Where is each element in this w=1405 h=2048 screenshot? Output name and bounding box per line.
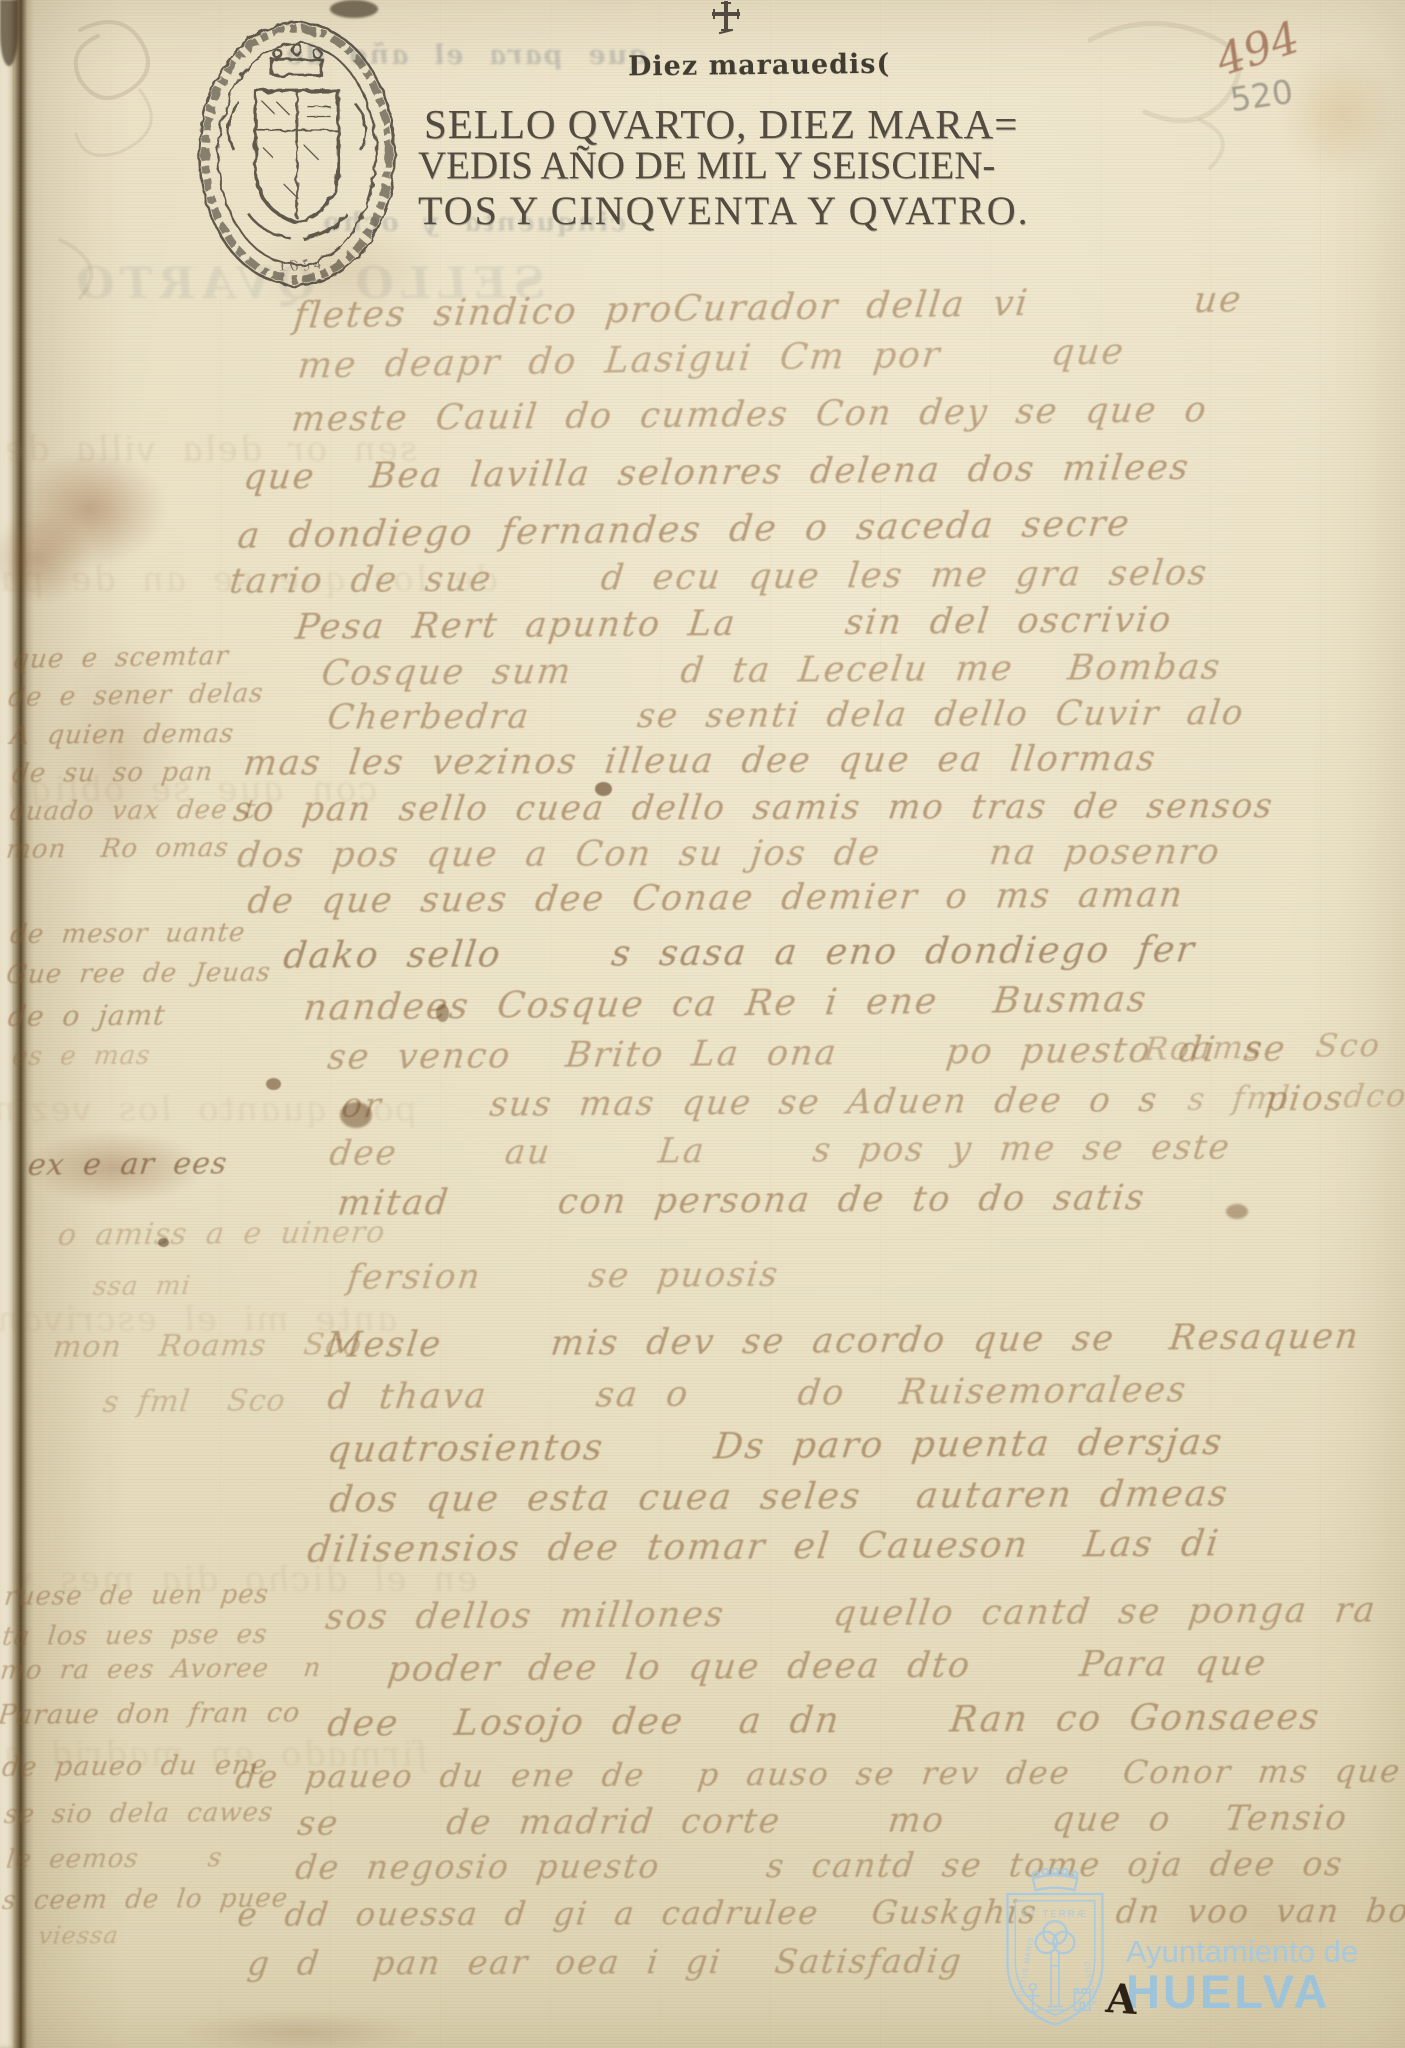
margin-note: ta los ues pse es <box>1 1620 270 1652</box>
stamp-heading-line-3: TOS Y CINQVENTA Y QVATRO. <box>418 187 1030 234</box>
margin-note: s ceem de lo puee <box>1 1884 290 1916</box>
margin-note: de su so pan <box>11 757 215 789</box>
manuscript-line: me deapr do Lasigui Cm por que <box>296 332 1127 387</box>
margin-note: mo ra ees Avoree n <box>0 1653 323 1686</box>
stamp-heading-line-2: VEDIS AÑO DE MIL Y SEISCIEN- <box>418 143 995 188</box>
manuscript-line: dos pos que a Con su jos de na posenro <box>235 833 1223 876</box>
manuscript-line: e dd ouessa d gi a cadrulee Guskghis dn … <box>235 1892 1405 1934</box>
svg-text:ET TERRÆ: ET TERRÆ <box>1022 1909 1088 1920</box>
manuscript-line: quatrosientos Ds paro puenta dersjas <box>325 1422 1225 1471</box>
manuscript-line: so pan sello cuea dello samis mo tras de… <box>231 786 1276 830</box>
manuscript-line: Pesa Rert apunto La sin del oscrivio <box>293 600 1174 648</box>
margin-note: ruese de uen pes <box>3 1580 271 1612</box>
margin-note: quado vax dee t <box>7 795 258 827</box>
manuscript-line: g d pan ear oea i gi Satisfadig <box>245 1942 965 1983</box>
tax-banner: Diez marauedis( <box>628 49 891 83</box>
manuscript-line: poder dee lo que deea dto Para que <box>385 1644 1269 1690</box>
manuscript-line: mas les vezinos illeua dee que ea llorma… <box>241 739 1159 784</box>
manuscript-line: Cosque sum d ta Lecelu me Bombas <box>319 648 1223 694</box>
cross-icon <box>710 0 742 36</box>
margin-note: mon Ro omas <box>5 833 231 865</box>
manuscript-line: que Bea lavilla selonres delena dos mile… <box>242 448 1192 498</box>
stamp-heading-line-1: SELLO QVARTO, DIEZ MARA= <box>424 100 1018 148</box>
manuscript-line: dee au La s pos y me se este <box>327 1128 1233 1174</box>
margin-note: le eemos s <box>5 1843 224 1875</box>
margin-note: que e scemtar <box>11 641 231 675</box>
huelva-shield-watermark: ET TERRÆ PORTUS MARIS CUSTODIA <box>992 1868 1118 2044</box>
margin-note: de paueo du ene <box>0 1750 269 1783</box>
manuscript-line: nandees Cosque ca Re i ene Busmas <box>301 979 1149 1029</box>
paper-stain <box>180 2012 420 2048</box>
manuscript-line: de paueo du ene de p auso se rev dee Con… <box>234 1751 1405 1796</box>
manuscript-line: dako sello s sasa a eno dondiego fer <box>281 930 1198 977</box>
svg-text:CUSTODIA: CUSTODIA <box>1082 1961 1099 2007</box>
margin-note: de o jamt <box>6 999 167 1033</box>
manuscript-line: sos dellos millones quello cantd se pong… <box>323 1591 1379 1638</box>
manuscript-line: mitad con persona de to do satis <box>335 1178 1147 1224</box>
manuscript-line: dee Losojo dee a dn Ran co Gonsaees <box>325 1697 1323 1745</box>
margin-note: viessa <box>37 1921 121 1950</box>
official-seal-stamp: 1654 <box>188 8 406 294</box>
manuscript-line: dos que esta cuea seles autaren dmeas <box>327 1474 1231 1521</box>
svg-text:1654: 1654 <box>279 255 326 276</box>
paper-stain <box>1280 48 1400 178</box>
stray-ink-mark: A <box>1104 1975 1138 2024</box>
manuscript-line: fersion se puosis <box>345 1255 781 1298</box>
margin-note: de mesor uante <box>9 918 248 950</box>
margin-note: se sio dela cawes <box>3 1798 275 1830</box>
watermark-city-name: HUELVA <box>1126 1964 1330 2019</box>
manuscript-line: a dondiego fernandes de o saceda secre <box>236 504 1133 557</box>
ink-spot <box>1226 1204 1248 1219</box>
margin-note: s fml Sco <box>101 1383 288 1420</box>
manuscript-line: de que sues dee Conae demier o ms aman <box>245 875 1186 922</box>
manuscript-line: Cherbedra se senti dela dello Cuvir alo <box>325 693 1247 738</box>
margin-note: de e sener delas <box>7 679 265 713</box>
manuscript-line: se de madrid corte mo que o Tensio <box>295 1799 1350 1844</box>
manuscript-page: que para el año decinquenta y ochoSELLO … <box>0 0 1405 2048</box>
margin-note: ssa mi <box>92 1271 193 1302</box>
manuscript-line: d thava sa o do Ruisemoralees <box>325 1371 1189 1418</box>
margin-note: A quien demas <box>9 719 236 751</box>
margin-note: o amiss a e uinero <box>56 1215 387 1253</box>
manuscript-line: dilisensios dee tomar el Caueson Las di <box>305 1524 1222 1571</box>
manuscript-line: meste Cauil do cumdes Con dey se que o <box>290 390 1210 440</box>
manuscript-line: tario de sue d ecu que les me gra selos <box>227 553 1210 602</box>
margin-note: Paraue don fran co <box>0 1697 302 1731</box>
manuscript-line: Mesle mis dev se acordo que se Resaquen <box>323 1317 1362 1366</box>
margin-note: Gue ree de Jeuas <box>5 958 273 990</box>
manuscript-line: s fml dco <box>1186 1076 1405 1118</box>
manuscript-line: de negosio puesto s cantd se tome oja de… <box>293 1844 1346 1887</box>
margin-note: mon Roams Sco <box>51 1327 364 1365</box>
ink-spot <box>266 1078 281 1090</box>
manuscript-line: Roams Sco <box>1142 1026 1383 1068</box>
margin-note: ex e ar ees <box>26 1146 229 1183</box>
margin-note: es e mas <box>11 1041 153 1072</box>
folio-number-pencil: 520 <box>1228 72 1296 119</box>
